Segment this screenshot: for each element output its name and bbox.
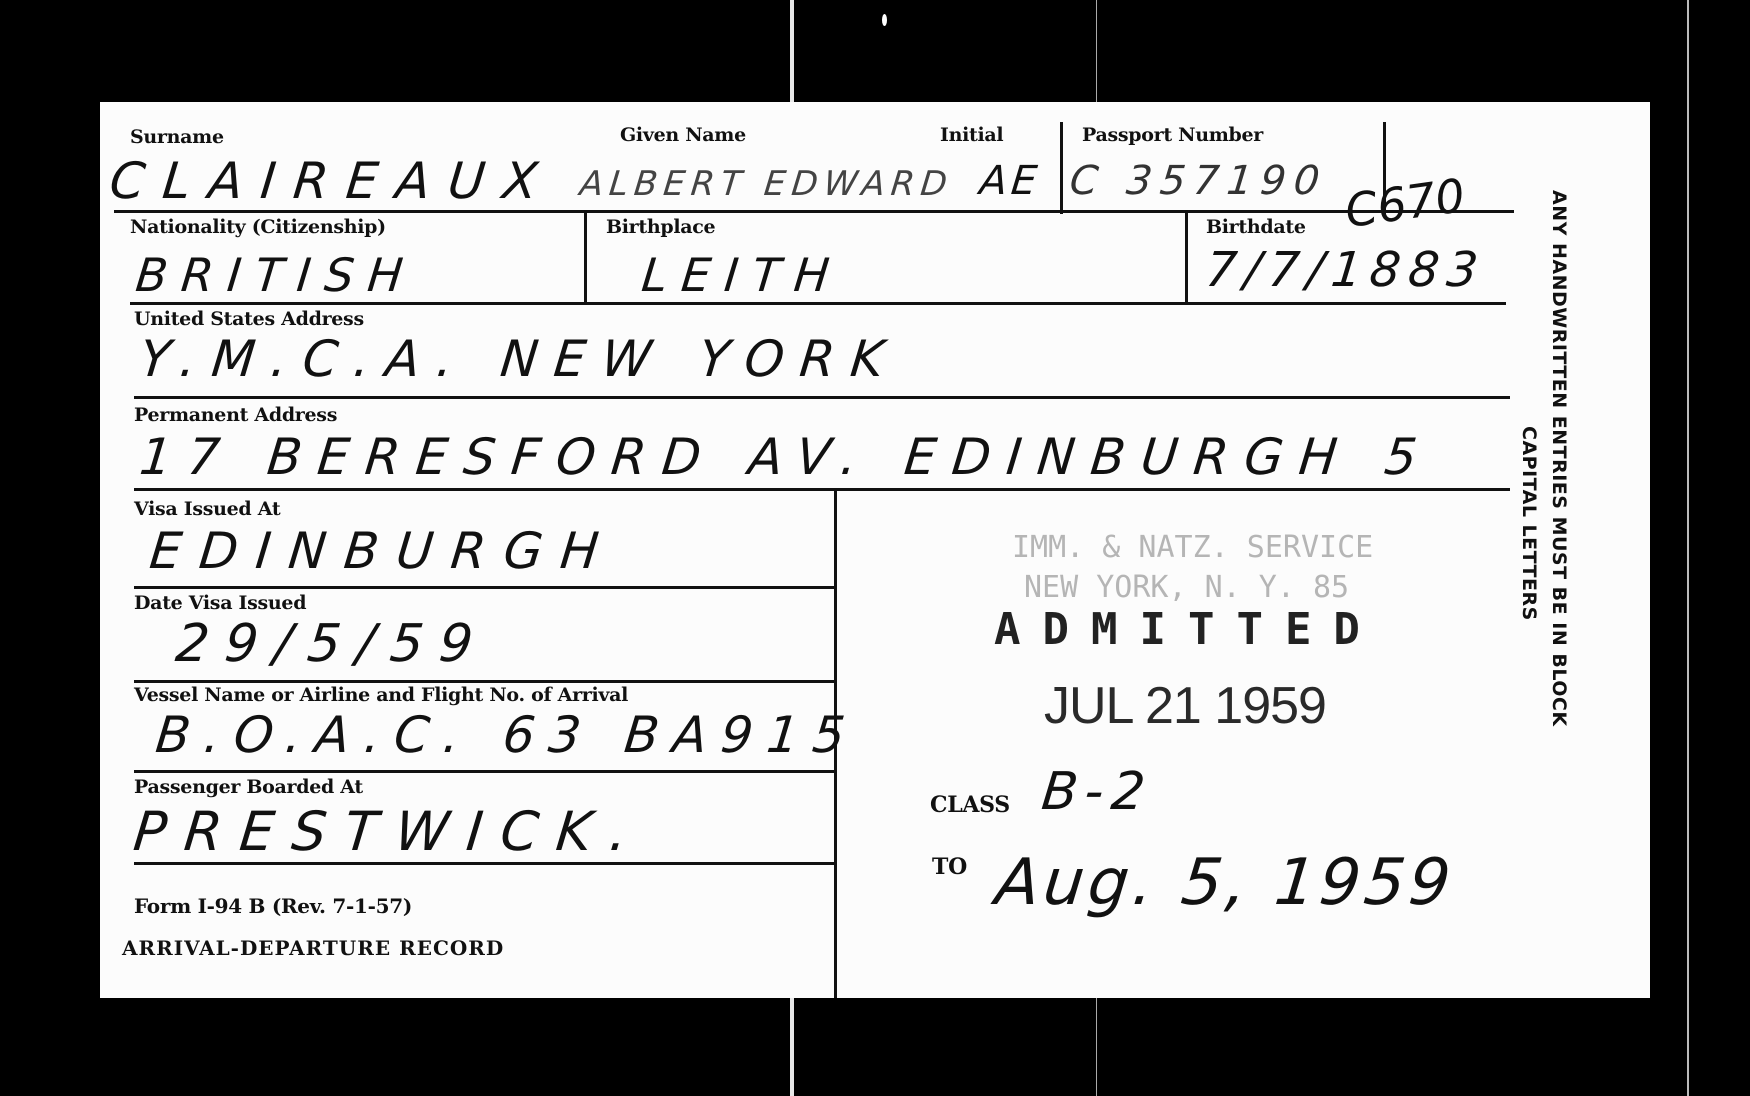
date-visa-issued-value: 29/5/59: [173, 614, 492, 674]
row-rule: [134, 586, 834, 589]
given-name-value: ALBERT EDWARD: [578, 164, 955, 204]
side-note-line1: ANY HANDWRITTEN ENTRIES MUST BE IN BLOCK: [1548, 190, 1570, 727]
permanent-address-value: 17 BERESFORD AV. EDINBURGH 5: [137, 428, 1436, 486]
stamp-box-divider: [834, 488, 837, 998]
film-scratch-line: [1096, 995, 1097, 1096]
vessel-flight-value: B.O.A.C. 63 BA915: [153, 706, 862, 764]
divider: [1185, 210, 1188, 304]
us-address-label: United States Address: [134, 308, 364, 330]
birthdate-label: Birthdate: [1206, 216, 1306, 238]
row-rule: [134, 862, 834, 865]
arrival-departure-card: Surname Given Name Initial Passport Numb…: [100, 102, 1650, 998]
passport-number-label: Passport Number: [1082, 124, 1263, 146]
row-rule: [134, 396, 1510, 399]
divider: [1060, 122, 1063, 214]
class-label: CLASS: [930, 792, 1010, 818]
form-number: Form I-94 B (Rev. 7-1-57): [134, 894, 412, 918]
film-scratch-line: [1096, 0, 1097, 110]
boarded-at-value: PRESTWICK.: [131, 800, 649, 863]
row-rule: [134, 488, 1510, 491]
initial-label: Initial: [940, 124, 1003, 146]
film-scratch-line: [1687, 0, 1689, 1096]
permanent-address-label: Permanent Address: [134, 404, 337, 426]
us-address-value: Y.M.C.A. NEW YORK: [137, 330, 903, 388]
birthplace-label: Birthplace: [606, 216, 715, 238]
row-rule: [134, 680, 834, 683]
row-rule: [130, 302, 1506, 305]
visa-issued-at-label: Visa Issued At: [134, 498, 280, 520]
vessel-flight-label: Vessel Name or Airline and Flight No. of…: [134, 684, 628, 706]
nationality-label: Nationality (Citizenship): [130, 216, 386, 238]
surname-value: CLAIREAUX: [107, 152, 558, 210]
boarded-at-label: Passenger Boarded At: [134, 776, 363, 798]
birthplace-value: LEITH: [639, 248, 846, 302]
film-dust-speck: [882, 14, 887, 26]
row-rule: [114, 210, 1514, 213]
visa-issued-at-value: EDINBURGH: [147, 522, 619, 580]
initial-value: AE: [978, 158, 1043, 204]
nationality-value: BRITISH: [133, 248, 419, 302]
surname-label: Surname: [130, 126, 224, 148]
admitted-date-stamp: JUL 21 1959: [1044, 676, 1326, 736]
to-value: Aug. 5, 1959: [992, 846, 1458, 920]
divider: [584, 210, 587, 304]
to-label: TO: [932, 854, 967, 880]
side-note-line2: CAPITAL LETTERS: [1518, 426, 1540, 621]
given-name-label: Given Name: [620, 124, 746, 146]
passport-annotation: C670: [1342, 168, 1468, 238]
stamp-service-line: IMM. & NATZ. SERVICE: [1012, 530, 1373, 565]
passport-number-value: C 357190: [1068, 158, 1330, 204]
date-visa-issued-label: Date Visa Issued: [134, 592, 306, 614]
form-title: ARRIVAL-DEPARTURE RECORD: [122, 936, 504, 960]
stamp-location-line: NEW YORK, N. Y. 85: [1024, 570, 1349, 605]
admitted-stamp: ADMITTED: [994, 604, 1382, 655]
birthdate-value: 7/7/1883: [1203, 242, 1488, 298]
class-value: B-2: [1039, 762, 1156, 822]
row-rule: [134, 770, 834, 773]
